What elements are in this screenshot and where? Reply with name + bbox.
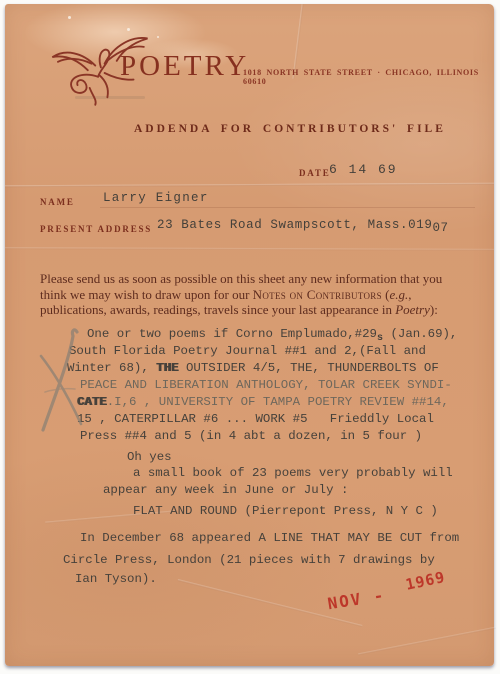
typed-line: In December 68 appeared A LINE THAT MAY … xyxy=(80,531,459,545)
scanned-document: POETRY 1018 NORTH STATE STREET · CHICAGO… xyxy=(0,0,500,674)
typed-line: Press ##4 and 5 (in 4 abt a dozen, in 5 … xyxy=(80,429,422,443)
typed-line: One or two poems if Corno Emplumado,#29s… xyxy=(87,327,457,341)
form-heading: ADDENDA FOR CONTRIBUTORS' FILE xyxy=(134,123,446,135)
date-value: 6 14 69 xyxy=(329,162,398,177)
name-label: NAME xyxy=(40,197,75,207)
stamp-year: 1969 xyxy=(404,568,447,594)
typed-line: a small book of 23 poems very probably w… xyxy=(133,466,453,480)
form-rule-line xyxy=(100,207,475,208)
paper-sheet: POETRY 1018 NORTH STATE STREET · CHICAGO… xyxy=(5,4,494,666)
dropped-digits: 07 xyxy=(432,221,448,235)
typed-line: appear any week in June or July : xyxy=(103,483,348,497)
instructions-paragraph: Please send us as soon as possible on th… xyxy=(40,271,472,318)
typed-line: PEACE AND LIBERATION ANTHOLOGY, TOLAR CR… xyxy=(80,378,452,392)
fold-crease xyxy=(5,247,494,251)
date-label: DATE xyxy=(299,168,331,178)
instructions-line: think we may wish to draw upon for our N… xyxy=(40,287,472,303)
fold-crease xyxy=(5,183,494,188)
typed-line: CATE.I,6 , UNIVERSITY OF TAMPA POETRY RE… xyxy=(77,395,449,409)
fold-crease xyxy=(358,627,496,656)
name-value: Larry Eigner xyxy=(103,191,209,205)
typed-line: Oh yes xyxy=(127,450,172,464)
instructions-line: publications, awards, readings, travels … xyxy=(40,302,472,318)
typed-line: Circle Press, London (21 pieces with 7 d… xyxy=(63,553,435,567)
instructions-line: Please send us as soon as possible on th… xyxy=(40,271,472,287)
magazine-title: POETRY xyxy=(120,50,249,83)
typed-line: Ian Tyson). xyxy=(75,572,157,586)
address-label: PRESENT ADDRESS xyxy=(40,224,152,234)
date-received-stamp: NOV -1969 xyxy=(326,576,448,614)
typed-line: South Florida Poetry Journal ##1 and 2,(… xyxy=(69,344,426,358)
overstrike-word: THE xyxy=(156,361,178,375)
typed-line: 15 , CATERPILLAR #6 ... WORK #5 Frieddly… xyxy=(77,412,434,426)
overstrike-char: s xyxy=(377,333,383,344)
typed-line: FLAT AND ROUND (Pierrepont Press, N Y C … xyxy=(133,504,438,518)
typed-line: Winter 68), THE OUTSIDER 4/5, THE, THUND… xyxy=(67,361,439,375)
pencil-x-mark xyxy=(25,326,111,436)
stamp-month: NOV - xyxy=(326,585,386,613)
address-value: 23 Bates Road Swampscott, Mass.01907 xyxy=(157,218,449,232)
letterhead-address: 1018 NORTH STATE STREET · CHICAGO, ILLIN… xyxy=(243,68,494,86)
paper-speck xyxy=(157,36,159,38)
paper-speck xyxy=(68,16,71,19)
